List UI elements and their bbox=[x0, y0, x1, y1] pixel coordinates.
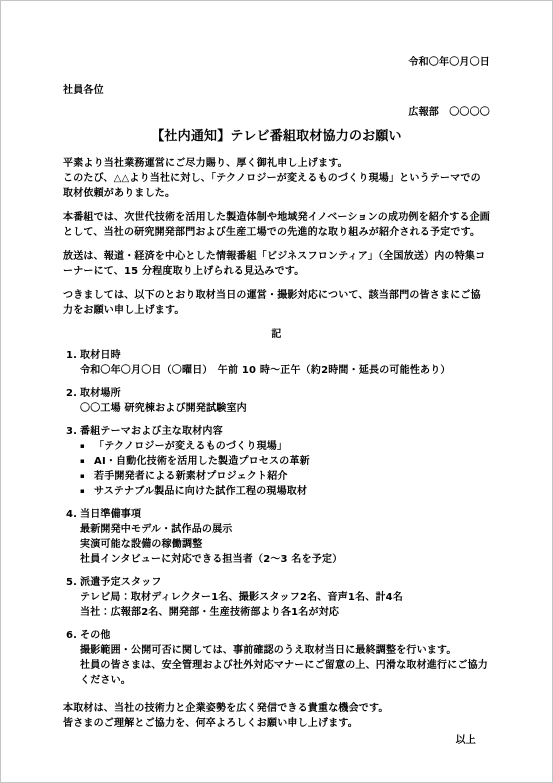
sender-line: 広報部 〇〇〇〇 bbox=[63, 105, 490, 120]
list-item-preparation: 4. 当日準備事項 最新開発中モデル・試作品の展示 実演可能な設備の稼働調整 社… bbox=[63, 507, 490, 567]
list-item-number: 1. bbox=[66, 348, 80, 363]
list-item-line: 社員インタビューに対応できる担当者（2～3 名を予定） bbox=[80, 552, 490, 567]
paragraph-line: つきましては、以下のとおり取材当日の運営・撮影対応について、該当部門の皆さまにご… bbox=[63, 288, 490, 318]
closing-line: 皆さまのご理解とご協力を、何卒よろしくお願い申し上げます。 bbox=[63, 716, 490, 731]
list-item-date-time: 1. 取材日時 令和〇年〇月〇日（〇曜日） 午前 10 時～正午（約2時間・延長… bbox=[63, 348, 490, 378]
paragraph-request: つきましては、以下のとおり取材当日の運営・撮影対応について、該当部門の皆さまにご… bbox=[63, 288, 490, 318]
paragraph-program-overview: 本番組では、次世代技術を活用した製造体制や地域発イノベーションの成功例を紹介する… bbox=[63, 210, 490, 240]
list-item-number: 3. bbox=[66, 424, 80, 439]
list-item-number: 4. bbox=[66, 507, 80, 522]
list-item-number: 6. bbox=[66, 628, 80, 643]
list-item-heading-text: 当日準備事項 bbox=[80, 507, 141, 522]
list-item-heading: 4. 当日準備事項 bbox=[66, 507, 490, 522]
document-date: 令和〇年〇月〇日 bbox=[63, 55, 490, 70]
list-item-line: 撮影範囲・公開可否に関しては、事前確認のうえ取材当日に最終調整を行います。 bbox=[80, 643, 490, 658]
closing-line: 本取材は、当社の技術力と企業姿勢を広く発信できる貴重な機会です。 bbox=[63, 701, 490, 716]
closing-paragraph: 本取材は、当社の技術力と企業姿勢を広く発信できる貴重な機会です。 皆さまのご理解… bbox=[63, 701, 490, 731]
bullet-icon: ▪ bbox=[80, 439, 94, 454]
list-item-heading-text: 番組テーマおよび主な取材内容 bbox=[80, 424, 223, 439]
list-item-line: 実演可能な設備の稼働調整 bbox=[80, 537, 490, 552]
document-page: 令和〇年〇月〇日 社員各位 広報部 〇〇〇〇 【社内通知】テレビ番組取材協力のお… bbox=[0, 0, 553, 783]
record-marker: 記 bbox=[63, 327, 490, 342]
list-item-staff: 5. 派遣予定スタッフ テレビ局：取材ディレクター1名、撮影スタッフ2名、音声1… bbox=[63, 575, 490, 620]
paragraph-line: 平素より当社業務運営にご尽力賜り、厚く御礼申し上げます。 bbox=[63, 156, 490, 171]
list-item-line: 最新開発中モデル・試作品の展示 bbox=[80, 522, 490, 537]
paragraph-greeting: 平素より当社業務運営にご尽力賜り、厚く御礼申し上げます。 このたび、△△より当社… bbox=[63, 156, 490, 201]
bullet-icon: ▪ bbox=[80, 484, 94, 499]
bullet-text: 若手開発者による新素材プロジェクト紹介 bbox=[94, 469, 288, 484]
list-item-line: 当社：広報部2名、開発部・生産技術部より各1名が対応 bbox=[80, 605, 490, 620]
recipient-line: 社員各位 bbox=[63, 83, 490, 98]
list-item-other: 6. その他 撮影範囲・公開可否に関しては、事前確認のうえ取材当日に最終調整を行… bbox=[63, 628, 490, 688]
paragraph-line: 放送は、報道・経済を中心とした情報番組「ビジネスフロンティア」（全国放送）内の特… bbox=[63, 249, 490, 279]
bullet-text: AI・自動化技術を活用した製造プロセスの革新 bbox=[94, 454, 310, 469]
list-item-heading: 5. 派遣予定スタッフ bbox=[66, 575, 490, 590]
list-item-number: 5. bbox=[66, 575, 80, 590]
bullet-text: サステナブル製品に向けた試作工程の現場取材 bbox=[94, 484, 307, 499]
list-item-heading-text: その他 bbox=[80, 628, 111, 643]
list-item-heading-text: 取材場所 bbox=[80, 386, 121, 401]
paragraph-broadcast-info: 放送は、報道・経済を中心とした情報番組「ビジネスフロンティア」（全国放送）内の特… bbox=[63, 249, 490, 279]
list-item-heading-text: 派遣予定スタッフ bbox=[80, 575, 162, 590]
list-item-line: 社員の皆さまは、安全管理および社外対応マナーにご留意の上、円滑な取材進行にご協力… bbox=[80, 658, 490, 688]
bullet-icon: ▪ bbox=[80, 469, 94, 484]
bullet-text: 「テクノロジーが変えるものづくり現場」 bbox=[94, 439, 287, 454]
list-item-line: 〇〇工場 研究棟および開発試験室内 bbox=[80, 401, 490, 416]
bullet-item: ▪ 若手開発者による新素材プロジェクト紹介 bbox=[80, 469, 490, 484]
list-item-location: 2. 取材場所 〇〇工場 研究棟および開発試験室内 bbox=[63, 386, 490, 416]
list-item-heading: 2. 取材場所 bbox=[66, 386, 490, 401]
list-item-line: テレビ局：取材ディレクター1名、撮影スタッフ2名、音声1名、計4名 bbox=[80, 590, 490, 605]
closing-marker: 以上 bbox=[63, 733, 490, 748]
list-item-number: 2. bbox=[66, 386, 80, 401]
bullet-icon: ▪ bbox=[80, 454, 94, 469]
list-item-heading-text: 取材日時 bbox=[80, 348, 121, 363]
list-item-heading: 6. その他 bbox=[66, 628, 490, 643]
bullet-item: ▪ サステナブル製品に向けた試作工程の現場取材 bbox=[80, 484, 490, 499]
paragraph-line: このたび、△△より当社に対し、「テクノロジーが変えるものづくり現場」というテーマ… bbox=[63, 171, 490, 201]
paragraph-line: 本番組では、次世代技術を活用した製造体制や地域発イノベーションの成功例を紹介する… bbox=[63, 210, 490, 240]
list-item-theme: 3. 番組テーマおよび主な取材内容 ▪ 「テクノロジーが変えるものづくり現場」 … bbox=[63, 424, 490, 499]
list-item-heading: 3. 番組テーマおよび主な取材内容 bbox=[66, 424, 490, 439]
bullet-item: ▪ 「テクノロジーが変えるものづくり現場」 bbox=[80, 439, 490, 454]
list-item-heading: 1. 取材日時 bbox=[66, 348, 490, 363]
document-title: 【社内通知】テレビ番組取材協力のお願い bbox=[63, 128, 490, 146]
bullet-item: ▪ AI・自動化技術を活用した製造プロセスの革新 bbox=[80, 454, 490, 469]
list-item-line: 令和〇年〇月〇日（〇曜日） 午前 10 時～正午（約2時間・延長の可能性あり） bbox=[80, 363, 490, 378]
